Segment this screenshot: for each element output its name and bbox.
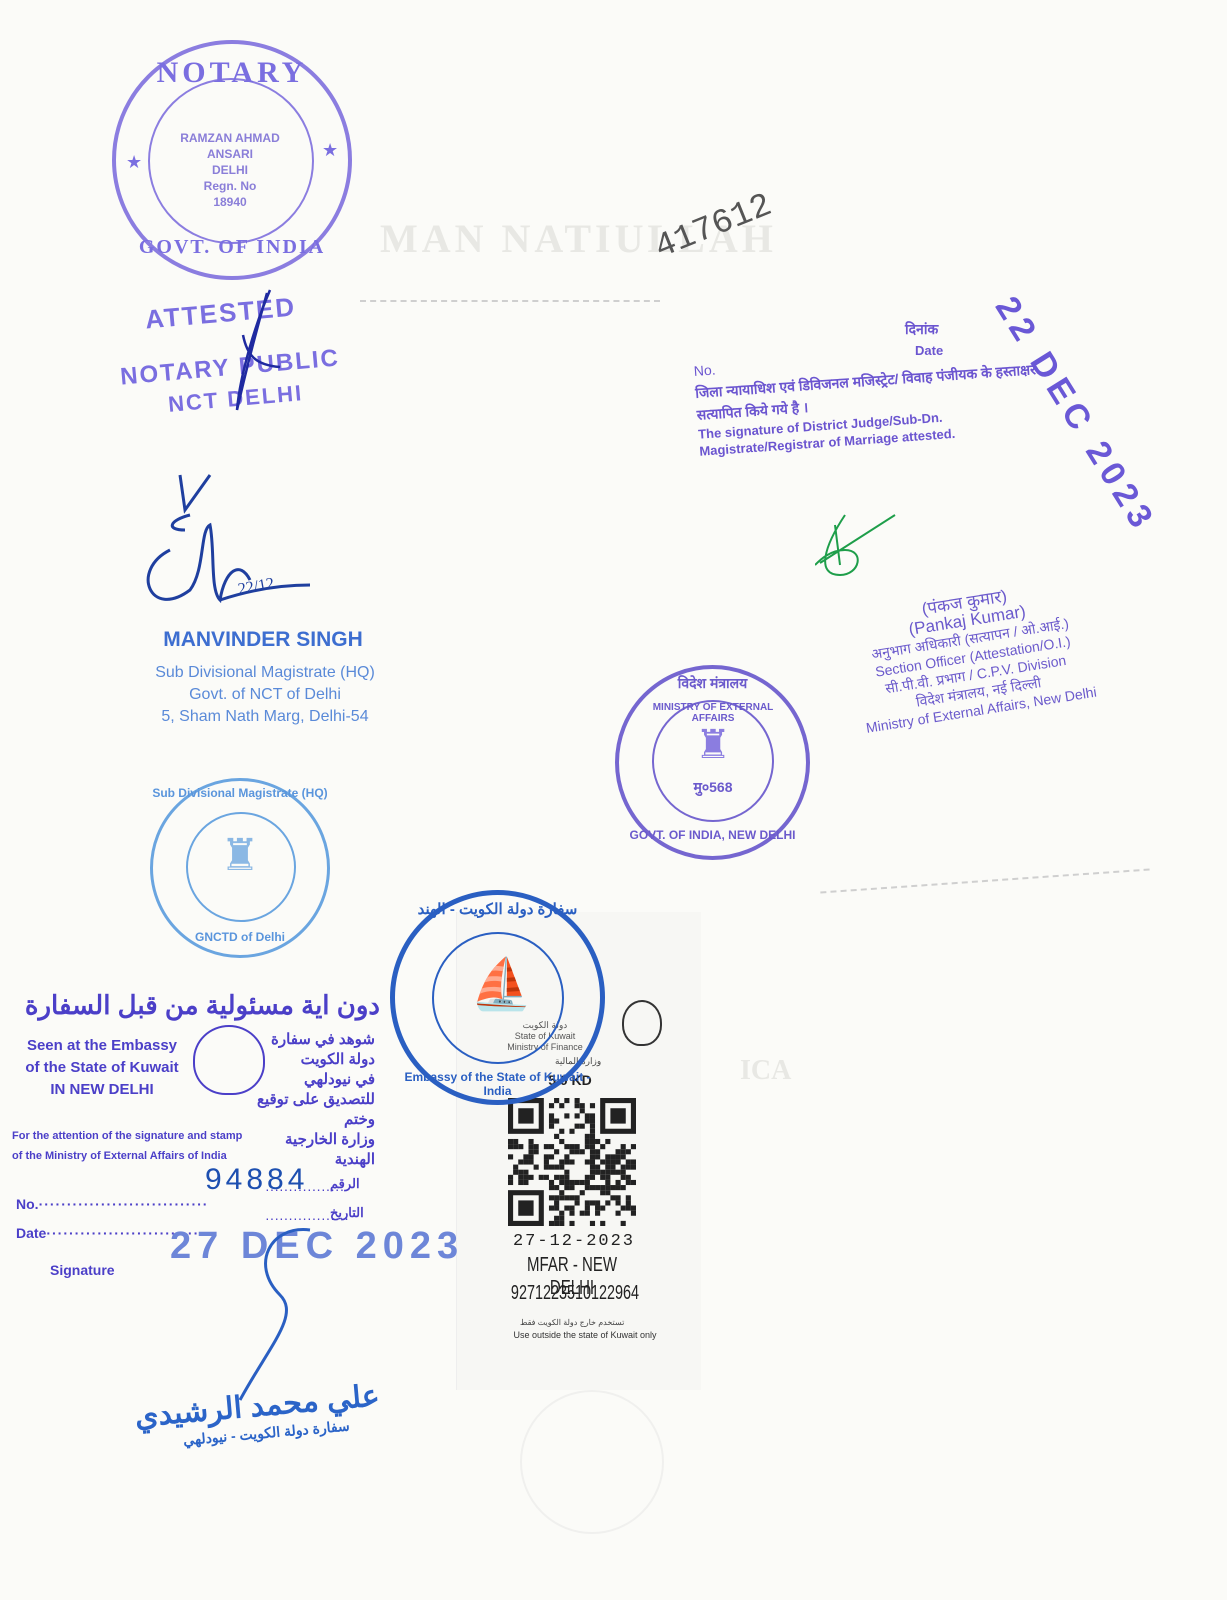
handwritten-number: 94884	[205, 1163, 308, 1197]
revenue-serial: 9271223510122964	[499, 1282, 650, 1305]
mea-seal-hindi: विदेश मंत्रालय	[615, 674, 810, 693]
notary-seal-bottom-text: GOVT. OF INDIA	[112, 236, 352, 259]
notary-regn-label: Regn. No	[140, 178, 320, 194]
sdm-name: MANVINDER SINGH	[128, 628, 398, 652]
sdm-title: Sub Divisional Magistrate (HQ)	[100, 662, 430, 684]
district-attestation-text: No. जिला न्यायाधिश एवं डिविजनल मजिस्ट्रे…	[693, 335, 1059, 460]
divider	[820, 868, 1149, 894]
notary-name: RAMZAN AHMAD	[140, 130, 320, 146]
embassy-disclaimer-ar: دون اية مسئولية من قبل السفارة	[0, 990, 380, 1021]
faded-background-text: ICA	[740, 1055, 791, 1087]
notary-seal-details: RAMZAN AHMAD ANSARI DELHI Regn. No 18940	[140, 130, 320, 210]
date-label: Date	[16, 1225, 46, 1241]
embassy-signature	[230, 1225, 340, 1405]
star-icon: ★	[126, 152, 142, 173]
notary-signature	[225, 285, 285, 415]
mea-seal-ring-text: MINISTRY OF EXTERNAL AFFAIRS	[652, 702, 774, 724]
mea-officer-block: (पंकज कुमार) (Pankaj Kumar) अनुभाग अधिका…	[800, 568, 1146, 744]
national-emblem-icon: ♜	[215, 830, 265, 881]
seen-line-ar: للتصديق على توقيع وختم	[255, 1090, 375, 1130]
embossed-seal	[520, 1390, 664, 1534]
sdm-address: 5, Sham Nath Marg, Delhi-54	[100, 706, 430, 728]
seen-line-ar: في نيودلهي	[255, 1070, 375, 1090]
seen-line-ar: دولة الكويت	[255, 1050, 375, 1070]
seen-line: of the State of Kuwait	[12, 1057, 192, 1079]
seen-line: IN NEW DELHI	[12, 1079, 192, 1101]
star-icon: ★	[322, 140, 338, 161]
divider	[360, 300, 660, 303]
seen-line-ar: شوهد في سفارة	[255, 1030, 375, 1050]
embassy-no-field: No.······························	[16, 1196, 208, 1212]
revenue-footer-ar: تستخدم خارج دولة الكويت فقط	[520, 1318, 624, 1327]
dotted-line: ······························	[39, 1196, 209, 1212]
signature-label: Signature	[50, 1262, 115, 1278]
national-emblem-icon: ♜	[690, 722, 736, 768]
qr-code	[508, 1098, 636, 1226]
sdm-signature	[130, 470, 330, 620]
mea-seal-number: मु०568	[652, 778, 774, 797]
mea-seal-bottom-text: GOVT. OF INDIA, NEW DELHI	[615, 828, 810, 842]
attention-line: For the attention of the signature and s…	[12, 1126, 282, 1146]
notary-seal-top-text: NOTARY	[112, 56, 352, 90]
embassy-seal-bottom-text: Embassy of the State of Kuwait - India	[390, 1070, 605, 1098]
sdm-govt: Govt. of NCT of Delhi	[100, 684, 430, 706]
embassy-seen-text: Seen at the Embassy of the State of Kuwa…	[12, 1035, 192, 1101]
sdm-designation: Sub Divisional Magistrate (HQ) Govt. of …	[100, 662, 430, 728]
sdm-seal-bottom-text: GNCTD of Delhi	[150, 930, 330, 944]
date-label-ar: التاريخ	[330, 1205, 364, 1221]
ref-label-ar: الرقم	[330, 1176, 360, 1192]
kuwait-emblem-icon: ⛵	[470, 955, 530, 1014]
green-initials	[815, 505, 915, 585]
revenue-footer: Use outside the state of Kuwait only	[490, 1330, 680, 1340]
kuwait-emblem-icon	[622, 1000, 662, 1046]
revenue-date: 27-12-2023	[494, 1232, 654, 1251]
dinank-label: दिनांक	[905, 320, 938, 339]
no-label: No.	[16, 1196, 39, 1212]
embassy-seal-top-text: سفارة دولة الكويت - الهند	[390, 900, 605, 918]
notary-regn-number: 18940	[140, 194, 320, 210]
notary-city: DELHI	[140, 162, 320, 178]
embassy-attention-text: For the attention of the signature and s…	[12, 1126, 282, 1166]
seen-line: Seen at the Embassy	[12, 1035, 192, 1057]
notary-surname: ANSARI	[140, 146, 320, 162]
sdm-seal-top-text: Sub Divisional Magistrate (HQ)	[150, 786, 330, 800]
